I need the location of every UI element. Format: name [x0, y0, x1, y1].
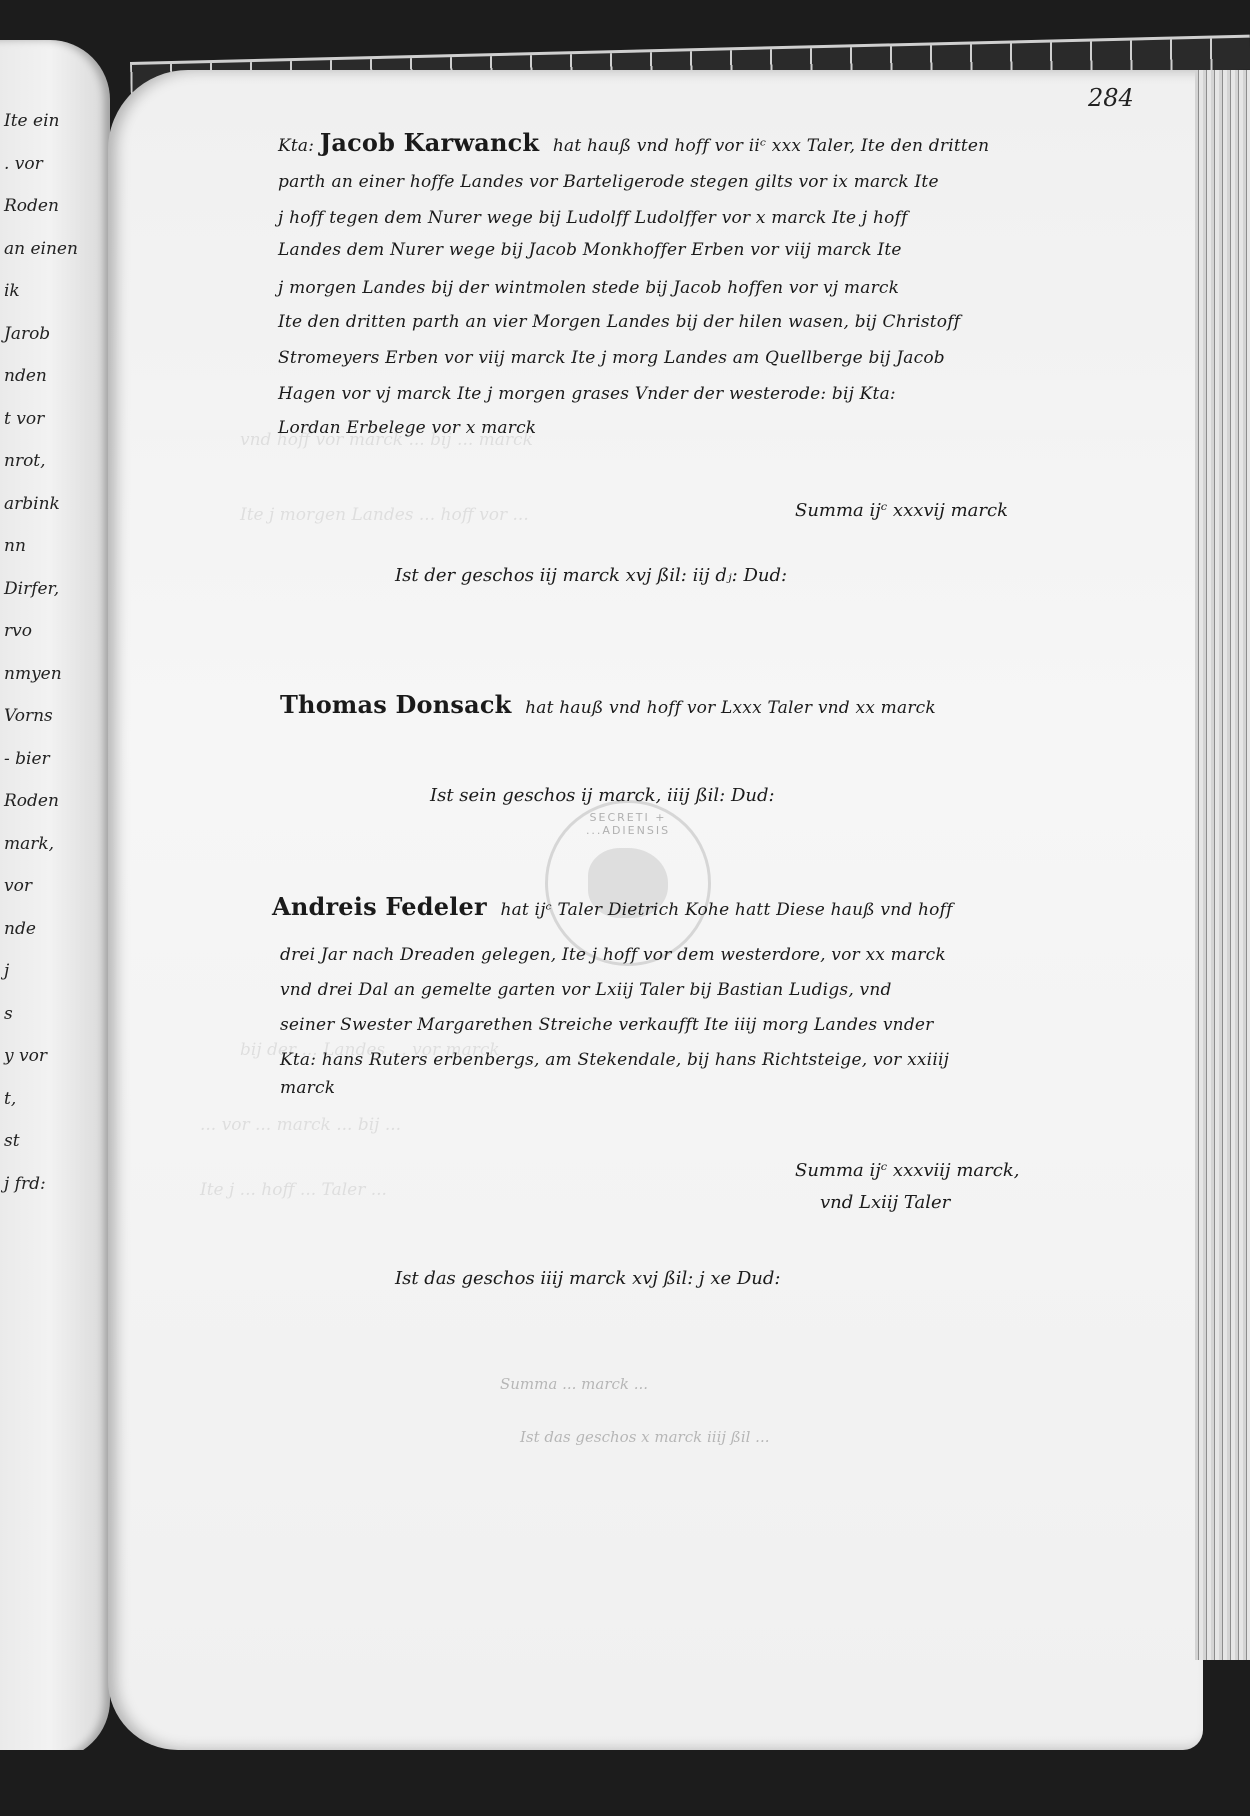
margin-fragment: - bier — [4, 738, 104, 781]
entry-line: marck — [280, 1078, 335, 1098]
entry-tax: Ist der geschos iij marck xvj ßil: iij d… — [395, 565, 787, 586]
margin-fragment: y vor — [4, 1035, 104, 1078]
margin-fragment: Roden — [4, 780, 104, 823]
book-page-edges — [1195, 70, 1250, 1660]
bleed-through-text: Ite j morgen Landes ... hoff vor ... — [240, 505, 529, 525]
entry-line: seiner Swester Margarethen Streiche verk… — [280, 1015, 934, 1035]
entry-line: hat hauß vnd hoff vor Lxxx Taler vnd xx … — [525, 698, 936, 718]
margin-fragment: vor — [4, 865, 104, 908]
dark-background-bottom — [0, 1750, 1250, 1816]
margin-fragment: nmyen — [4, 653, 104, 696]
entry-line: j morgen Landes bij der wintmolen stede … — [278, 278, 899, 298]
faint-note: Summa ... marck ... — [500, 1375, 648, 1393]
margin-fragment: Ite ein — [4, 100, 104, 143]
entry-heading: Andreis Fedeler hat ijᶜ Taler Dietrich K… — [272, 892, 953, 921]
entry-line: Hagen vor vj marck Ite j morgen grases V… — [278, 384, 896, 404]
margin-fragment: an einen — [4, 228, 104, 271]
entry-line: drei Jar nach Dreaden gelegen, Ite j hof… — [280, 945, 946, 965]
entry-total: Summa ijᶜ xxxvij marck — [795, 500, 1008, 521]
bleed-through-text: ... vor ... marck ... bij ... — [200, 1115, 401, 1135]
entry-prefix: Kta: — [278, 136, 314, 156]
entry-heading: Kta: Jacob Karwanck hat hauß vnd hoff vo… — [278, 128, 989, 157]
entry-heading: Thomas Donsack hat hauß vnd hoff vor Lxx… — [280, 690, 936, 719]
margin-fragment: j frd: — [4, 1163, 104, 1206]
entry-line: hat hauß vnd hoff vor iiᶜ xxx Taler, Ite… — [553, 136, 989, 156]
archive-seal-stamp: SECRETI + ...ADIENSIS — [545, 800, 711, 966]
margin-fragment: t vor — [4, 398, 104, 441]
margin-fragment: arbink — [4, 483, 104, 526]
entry-name: Jacob Karwanck — [320, 128, 539, 157]
margin-fragment: Jarob — [4, 313, 104, 356]
seal-text: SECRETI + ...ADIENSIS — [548, 811, 708, 837]
margin-fragment: Dirfer, — [4, 568, 104, 611]
margin-fragment: ik — [4, 270, 104, 313]
margin-fragment: t, — [4, 1078, 104, 1121]
margin-fragment: nn — [4, 525, 104, 568]
entry-line: vnd drei Dal an gemelte garten vor Lxiij… — [280, 980, 892, 1000]
entry-line: Landes dem Nurer wege bij Jacob Monkhoff… — [278, 240, 902, 260]
bleed-through-text: Ite j ... hoff ... Taler ... — [200, 1180, 387, 1200]
entry-line: Lordan Erbelege vor x marck — [278, 418, 536, 438]
margin-fragment: rvo — [4, 610, 104, 653]
entry-line: parth an einer hoffe Landes vor Bartelig… — [278, 172, 939, 192]
entry-total: Summa ijᶜ xxxviij marck, — [795, 1160, 1019, 1181]
faint-note: Ist das geschos x marck iiij ßil ... — [520, 1428, 770, 1446]
margin-fragment: . vor — [4, 143, 104, 186]
margin-fragment: j — [4, 950, 104, 993]
entry-line: Ite den dritten parth an vier Morgen Lan… — [278, 312, 960, 332]
margin-fragment: Roden — [4, 185, 104, 228]
entry-tax: Ist das geschos iiij marck xvj ßil: j xe… — [395, 1268, 780, 1289]
left-page: Ite ein. vorRodenan einenikJarobndent vo… — [0, 40, 110, 1760]
margin-fragment: Vorns — [4, 695, 104, 738]
entry-line: Stromeyers Erben vor viij marck Ite j mo… — [278, 348, 945, 368]
margin-fragment: nde — [4, 908, 104, 951]
margin-fragment: mark, — [4, 823, 104, 866]
entry-tax: Ist sein geschos ij marck, iiij ßil: Dud… — [430, 785, 775, 806]
entry-name: Andreis Fedeler — [272, 892, 487, 921]
margin-fragment: s — [4, 993, 104, 1036]
left-page-margin-text: Ite ein. vorRodenan einenikJarobndent vo… — [4, 100, 104, 1205]
margin-fragment: st — [4, 1120, 104, 1163]
entry-line: Kta: hans Ruters erbenbergs, am Stekenda… — [280, 1050, 949, 1070]
margin-fragment: nrot, — [4, 440, 104, 483]
folio-number: 284 — [1088, 84, 1134, 112]
entry-line: j hoff tegen dem Nurer wege bij Ludolff … — [278, 208, 908, 228]
margin-fragment: nden — [4, 355, 104, 398]
entry-total-line-2: vnd Lxiij Taler — [820, 1192, 950, 1213]
entry-name: Thomas Donsack — [280, 690, 512, 719]
entry-line: hat ijᶜ Taler Dietrich Kohe hatt Diese h… — [500, 900, 952, 920]
